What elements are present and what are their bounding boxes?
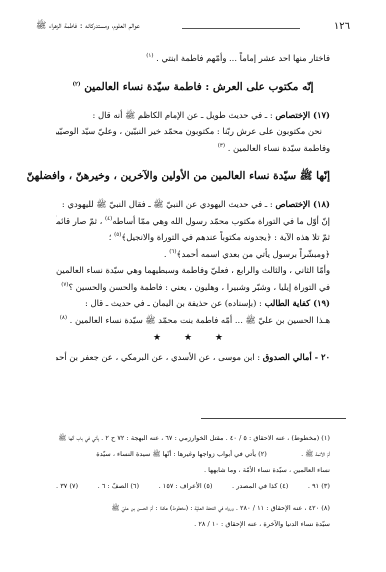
text: ﴿ومبشّراً برسول يأتي من بعدي اسمه أحمد﴾ [177,249,330,259]
footnote-ref[interactable]: (٢) [72,81,80,87]
quote-text: وفاطمة سيّدة نساء العالمين . [228,143,330,153]
hadith-label: (١٧) الإختصاص [275,110,330,120]
hadith-19: (١٩) كفاية الطالب : (بإسناده) عن حذيفة ب… [56,295,330,312]
book-page: ١٢٦ عوالم العلوم، ومستدركاته : فاطمة الز… [0,0,386,572]
footnote-6: (٦) الصفّ : ٦ . [98,478,139,494]
quote-text: هـذا الحسين بن عليّ ﷺ ... أمّه فاطمة بنت… [70,315,330,325]
text: في التوراة إيليا ، وشبّر وشبيرا ، وهليون… [69,282,330,292]
footnotes-3-7: (٣) ٩١ . (٤) كذا في المصدر . (٥) الأعراف… [56,478,330,494]
hadith-18-line-4: ﴿ومبشّراً برسول يأتي من بعدي اسمه أحمد﴾(… [56,246,330,263]
hadith-label: (١٩) كفاية الطالب [265,298,330,308]
hadith-label: ٢٠ - أمالي الصدوق [263,352,330,362]
running-title: عوالم العلوم، ومستدركاته : فاطمة الزهراء… [36,21,140,33]
footnote-5: (٥) الأعراف : ١٥٧ . [159,478,213,494]
text: ؛ [109,232,112,242]
hadith-17-quote-1: نحن مكتوبون على عرش ربّنا : مكتوبون محمّ… [56,123,330,140]
text: ، ثمّ صار قائماً ؛ [56,216,102,226]
footnote-ref[interactable]: (٨) [60,315,67,321]
footnote-separator [201,418,346,419]
footnote-ref[interactable]: (١) [146,53,153,59]
intro-line: فاختار منها احد عشر إماماً ... وأمّهم فا… [56,50,330,67]
hadith-18-line-6: في التوراة إيليا ، وشبّر وشبيرا ، وهليون… [56,279,330,296]
footnote-ref[interactable]: (٦) [169,249,176,255]
hadith-18: (١٨) الإختصاص : ـ في حديث اليهودي عن الن… [56,196,330,213]
hadith-text: : ابن موسى ، عن الأسدي ، عن البرمكي ، عن… [56,352,260,362]
footnote-7: (٧) ٣٧ . [56,478,78,494]
hadith-text: : ـ في حديث اليهودي عن النبيّ ﷺ ـ فقال ا… [62,199,273,209]
page-body: فاختار منها احد عشر إماماً ... وأمّهم فا… [56,50,330,365]
footnote-1: (١) (مخطوط) ، عنه الاحقاق : ٥ / ٤٠ . مقت… [56,430,330,446]
page-header: ١٢٦ عوالم العلوم، ومستدركاته : فاطمة الز… [36,21,350,35]
hadith-label: (١٨) الإختصاص [275,199,330,209]
text: إنّ أوّل ما في التوراة مكتوب محمّد رسول … [112,216,330,226]
section-divider-stars: ★ ★ ★ [56,330,330,347]
footnote-4: (٤) كذا في المصدر . [232,478,288,494]
page-number: ١٢٦ [334,21,350,32]
footnote-3: (٣) ٩١ . [308,478,330,494]
header-rule [182,28,300,29]
footnote-8: (٨) ٤٢٠ ، عنه الإحقاق : ١١ / ٢٨٠ . ورواه… [56,500,330,516]
hadith-18-line-5: وأمّا الثاني ، والثالث والرابع ، فعليّ و… [56,262,330,279]
footnote-2: (٢) يأتي في أبواب زواجها وغيرها : أنّها … [96,450,267,458]
footnote-2-cont: نساء العالمين ، سيّدة نساء الأمّة ، وما … [56,462,330,478]
footnote-ref[interactable]: (٣) [218,143,225,149]
footnote-ref[interactable]: (٧) [61,282,68,288]
footnote-1-2-row: أمّ الأئمة ﷺ . (٢) يأتي في أبواب زواجها … [56,446,330,462]
footnote-8-cont: سيّدة نساء الدنيا والآخرة ، عنه الإحقاق … [56,516,330,532]
text: . [164,249,167,259]
heading-text: إنّه مكتوب على العرش : فاطمة سيّدة نساء … [84,81,313,93]
hadith-20: ٢٠ - أمالي الصدوق : ابن موسى ، عن الأسدي… [56,349,330,366]
hadith-18-line-2: إنّ أوّل ما في التوراة مكتوب محمّد رسول … [56,213,330,230]
section-heading-1: إنّه مكتوب على العرش : فاطمة سيّدة نساء … [56,77,330,97]
footnote-1-end: أمّ الأئمة ﷺ . [301,450,330,458]
hadith-17-quote-2: وفاطمة سيّدة نساء العالمين . (٣) [56,140,330,157]
footnotes: (١) (مخطوط) ، عنه الاحقاق : ٥ / ٤٠ . مقت… [56,430,330,532]
hadith-text: : ـ في حديث طويل ـ عن الإمام الكاظم ﷺ أن… [93,110,273,120]
hadith-19-quote: هـذا الحسين بن عليّ ﷺ ... أمّه فاطمة بنت… [56,312,330,329]
text: ثمّ تلا هذه الآية : ﴿يجدونه مكتوباً عنده… [121,232,330,242]
hadith-text: : (بإسناده) عن حذيفة بن اليمان ـ في حديث… [85,298,262,308]
section-heading-2: إنّها ﷺ سيّدة نساء العالمين من الأولين و… [56,166,330,186]
hadith-17: (١٧) الإختصاص : ـ في حديث طويل ـ عن الإم… [56,107,330,124]
hadith-18-line-3: ثمّ تلا هذه الآية : ﴿يجدونه مكتوباً عنده… [56,229,330,246]
intro-text: فاختار منها احد عشر إماماً ... وأمّهم فا… [156,53,330,63]
